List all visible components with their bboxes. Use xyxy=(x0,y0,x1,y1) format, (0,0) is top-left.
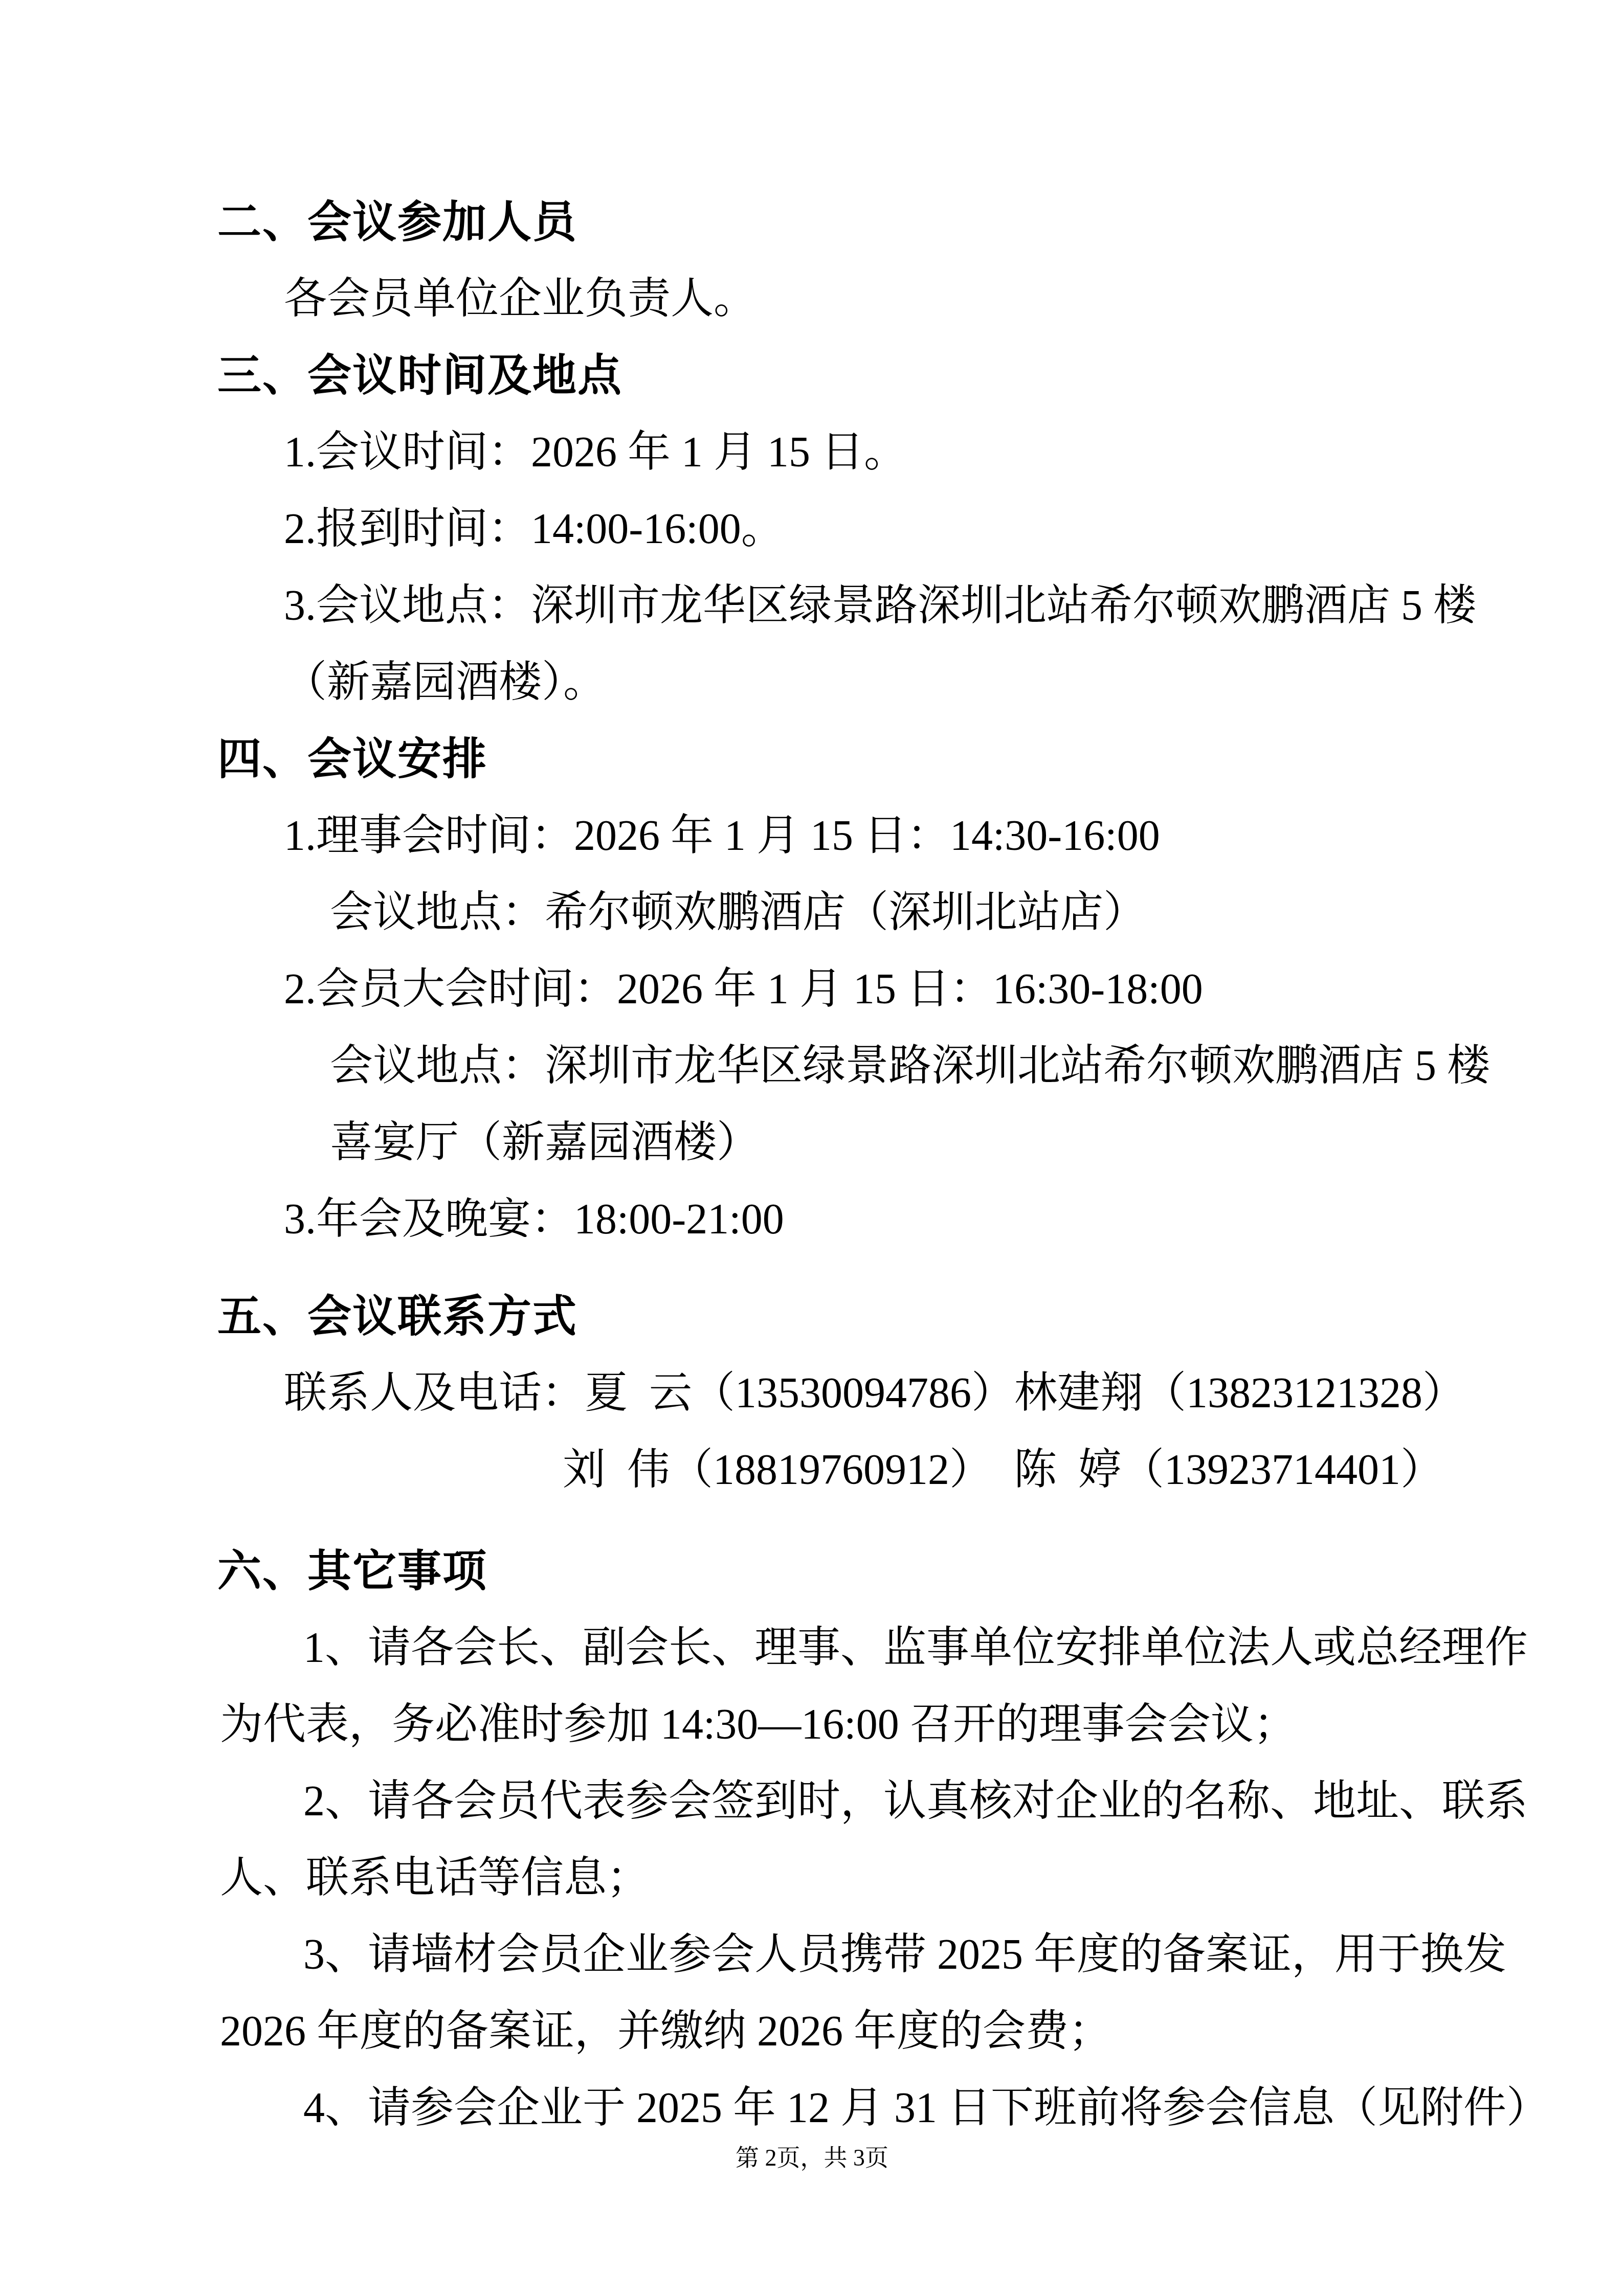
assembly-time-line: 2.会员大会时间：2026 年 1 月 15 日：16:30-18:00 xyxy=(0,951,1624,1028)
assembly-location-line-2: 喜宴厅（新嘉园酒楼） xyxy=(0,1105,1624,1181)
contact-line-1: 联系人及电话：夏 云（13530094786）林建翔（13823121328） xyxy=(0,1355,1624,1432)
meeting-time-line: 1.会议时间：2026 年 1 月 15 日。 xyxy=(0,414,1624,491)
meeting-location-line-2: （新嘉园酒楼）。 xyxy=(0,644,1624,721)
banquet-time-line: 3.年会及晚宴：18:00-21:00 xyxy=(0,1181,1624,1258)
section-heading-4: 四、会议安排 xyxy=(0,721,1624,798)
page-number-footer: 第 2页，共 3页 xyxy=(0,2143,1624,2173)
note-1-line-2: 为代表，务必准时参加 14:30—16:00 召开的理事会会议； xyxy=(0,1686,1624,1763)
section-heading-5: 五、会议联系方式 xyxy=(0,1278,1624,1355)
document-body: 二、会议参加人员 各会员单位企业负责人。 三、会议时间及地点 1.会议时间：20… xyxy=(0,0,1624,2147)
assembly-location-line: 会议地点：深圳市龙华区绿景路深圳北站希尔顿欢鹏酒店 5 楼 xyxy=(0,1028,1624,1105)
registration-time-line: 2.报到时间：14:00-16:00。 xyxy=(0,491,1624,568)
council-time-line: 1.理事会时间：2026 年 1 月 15 日：14:30-16:00 xyxy=(0,798,1624,874)
note-2-line-2: 人、联系电话等信息； xyxy=(0,1840,1624,1917)
note-3-line-1: 3、请墙材会员企业参会人员携带 2025 年度的备案证，用于换发 xyxy=(0,1917,1624,1993)
contact-line-2: 刘 伟（18819760912） 陈 婷（13923714401） xyxy=(0,1432,1624,1509)
section-heading-2: 二、会议参加人员 xyxy=(0,184,1624,261)
note-4-line-1: 4、请参会企业于 2025 年 12 月 31 日下班前将参会信息（见附件） xyxy=(0,2070,1624,2147)
document-page: 二、会议参加人员 各会员单位企业负责人。 三、会议时间及地点 1.会议时间：20… xyxy=(0,0,1624,2296)
meeting-location-line: 3.会议地点：深圳市龙华区绿景路深圳北站希尔顿欢鹏酒店 5 楼 xyxy=(0,568,1624,644)
council-location-line: 会议地点：希尔顿欢鹏酒店（深圳北站店） xyxy=(0,874,1624,951)
note-3-line-2: 2026 年度的备案证，并缴纳 2026 年度的会费； xyxy=(0,1993,1624,2070)
section-2-body-line: 各会员单位企业负责人。 xyxy=(0,261,1624,337)
section-heading-3: 三、会议时间及地点 xyxy=(0,337,1624,414)
note-1-line-1: 1、请各会长、副会长、理事、监事单位安排单位法人或总经理作 xyxy=(0,1610,1624,1686)
section-heading-6: 六、其它事项 xyxy=(0,1533,1624,1610)
note-2-line-1: 2、请各会员代表参会签到时，认真核对企业的名称、地址、联系 xyxy=(0,1763,1624,1840)
